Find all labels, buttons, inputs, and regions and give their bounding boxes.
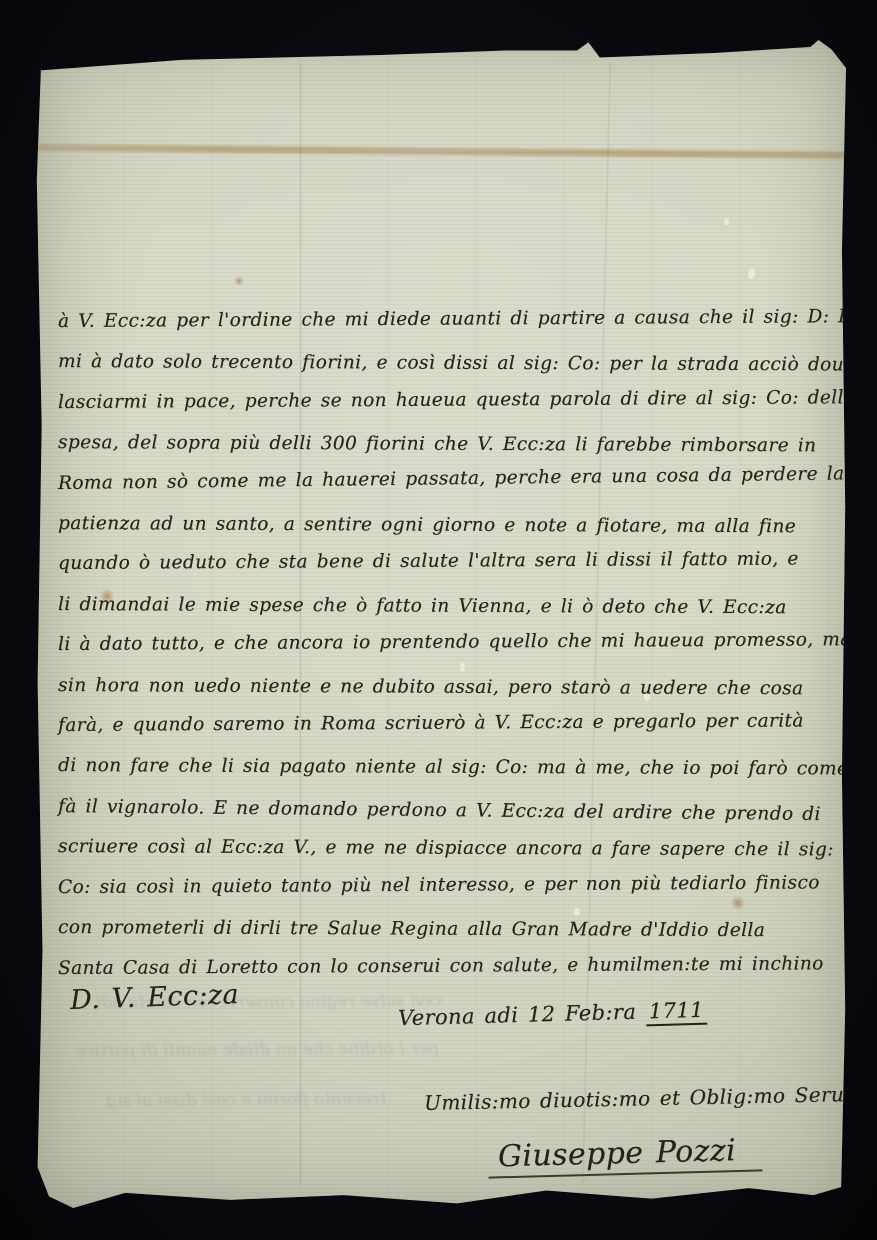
scan-background: xxvi salve regina conservi con salute ad… [0, 0, 877, 1240]
dateline: Verona adi 12 Feb:ra 1711 [398, 998, 707, 1031]
foxing-spot [234, 276, 244, 286]
body-line: à V. Ecc:za per l'ordine che mi diede au… [58, 297, 836, 342]
body-line: lasciarmi in pace, perche se non haueua … [58, 378, 836, 423]
dateline-year: 1711 [645, 998, 707, 1027]
letter-body: à V. Ecc:za per l'ordine che mi diede au… [58, 302, 836, 989]
signature: Giuseppe Pozzi [488, 1132, 763, 1178]
body-line: Roma non sò come me la hauerei passata, … [58, 454, 836, 504]
letter-sheet: xxvi salve regina conservi con salute ad… [36, 40, 846, 1208]
sender-abbreviation: D. V. Ecc:za [70, 979, 240, 1016]
body-line: li à dato tutto, e che ancora io prenten… [58, 620, 836, 665]
valediction: Umilis:mo diuotis:mo et Oblig:mo Seruito… [424, 1081, 877, 1115]
paper-fleck [748, 268, 755, 279]
dateline-place: Verona adi 12 Feb:ra [398, 1000, 637, 1031]
body-line: farà, e quando saremo in Roma scriuerò à… [58, 701, 836, 746]
body-line: Co: sia così in quieto tanto più nel int… [58, 863, 836, 908]
body-line: quando ò ueduto che sta bene di salute l… [58, 540, 836, 585]
body-line: di non fare che li sia pagato niente al … [58, 746, 836, 790]
paper-fleck [724, 218, 729, 225]
verso-showthrough: per l ordine che mi diede auanti di part… [76, 1039, 439, 1062]
fold-crease [36, 144, 846, 159]
verso-showthrough: trecento fiorini e cosi dissi al sig [106, 1089, 386, 1111]
